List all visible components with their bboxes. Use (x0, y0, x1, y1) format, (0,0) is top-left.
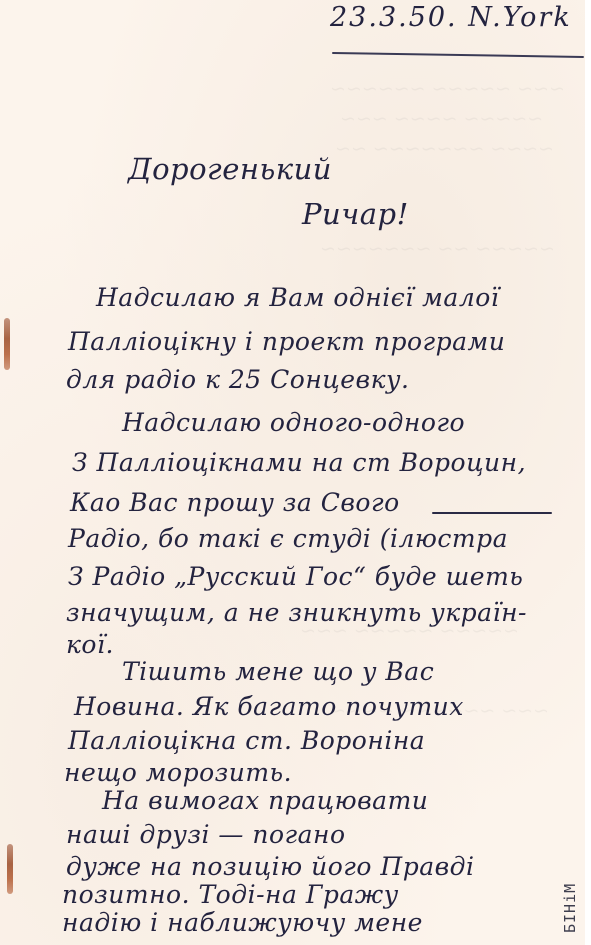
date-underline (332, 52, 584, 58)
body-line: Надсилаю одного-одного (122, 408, 465, 437)
letter-date-place: 23.3.50. N.York (330, 2, 572, 33)
body-line: для радіо к 25 Сонцевку. (66, 365, 409, 394)
letter-page: ~~~ ~~~~~ ~~~~~~ ~~~~~ ~~~~ ~~~ ~~~~ ~~~… (0, 0, 585, 945)
archive-watermark: БІНіМ (561, 883, 579, 933)
body-line: Палліоцікну і проект програми (68, 327, 505, 356)
body-line: наші друзі — погано (66, 820, 346, 849)
salutation-line-2: Ричар! (302, 197, 409, 231)
body-line-with-underline: Као Вас прошу за Свого (70, 488, 400, 517)
rust-stain-mark (7, 844, 13, 894)
body-line: дуже на позицію його Правді (66, 852, 475, 881)
salutation-line-1: Дорогенький (128, 152, 332, 186)
body-line: На вимогах працювати (102, 786, 428, 815)
body-line: надію і наближуючу мене (62, 908, 423, 937)
bleed-through-text: ~~~ ~~~~~ ~~~~~~ (330, 78, 565, 100)
body-line: Новина. Як багато почутих (74, 692, 464, 721)
bleed-through-text: ~~~~~ ~~ ~~~~~~~ (320, 238, 555, 260)
underline-mark (432, 512, 552, 514)
body-line: позитно. Тоді-на Гражу (62, 880, 399, 909)
body-line: Палліоцікна ст. Вороніна (68, 726, 425, 755)
body-line: нещо морозить. (64, 758, 292, 787)
body-line: Радіо, бо такі є студі (ілюстра (68, 524, 508, 553)
rust-stain-mark (4, 318, 10, 370)
body-line: значущим, а не зникнуть україн- (66, 598, 527, 627)
body-line: Тішить мене що у Вас (122, 657, 434, 686)
body-line: З Палліоцікнами на ст Вороцин, (72, 448, 526, 477)
body-line: Надсилаю я Вам однієї малої (96, 283, 499, 312)
bleed-through-text: ~~~~~ ~~~~ ~~~ (340, 108, 543, 130)
body-line: кої. (66, 630, 114, 659)
bleed-through-text: ~~~~ ~~~~~~~ ~~ (335, 138, 554, 160)
body-line: З Радіо „Русский Гос“ буде шеть (68, 562, 523, 591)
